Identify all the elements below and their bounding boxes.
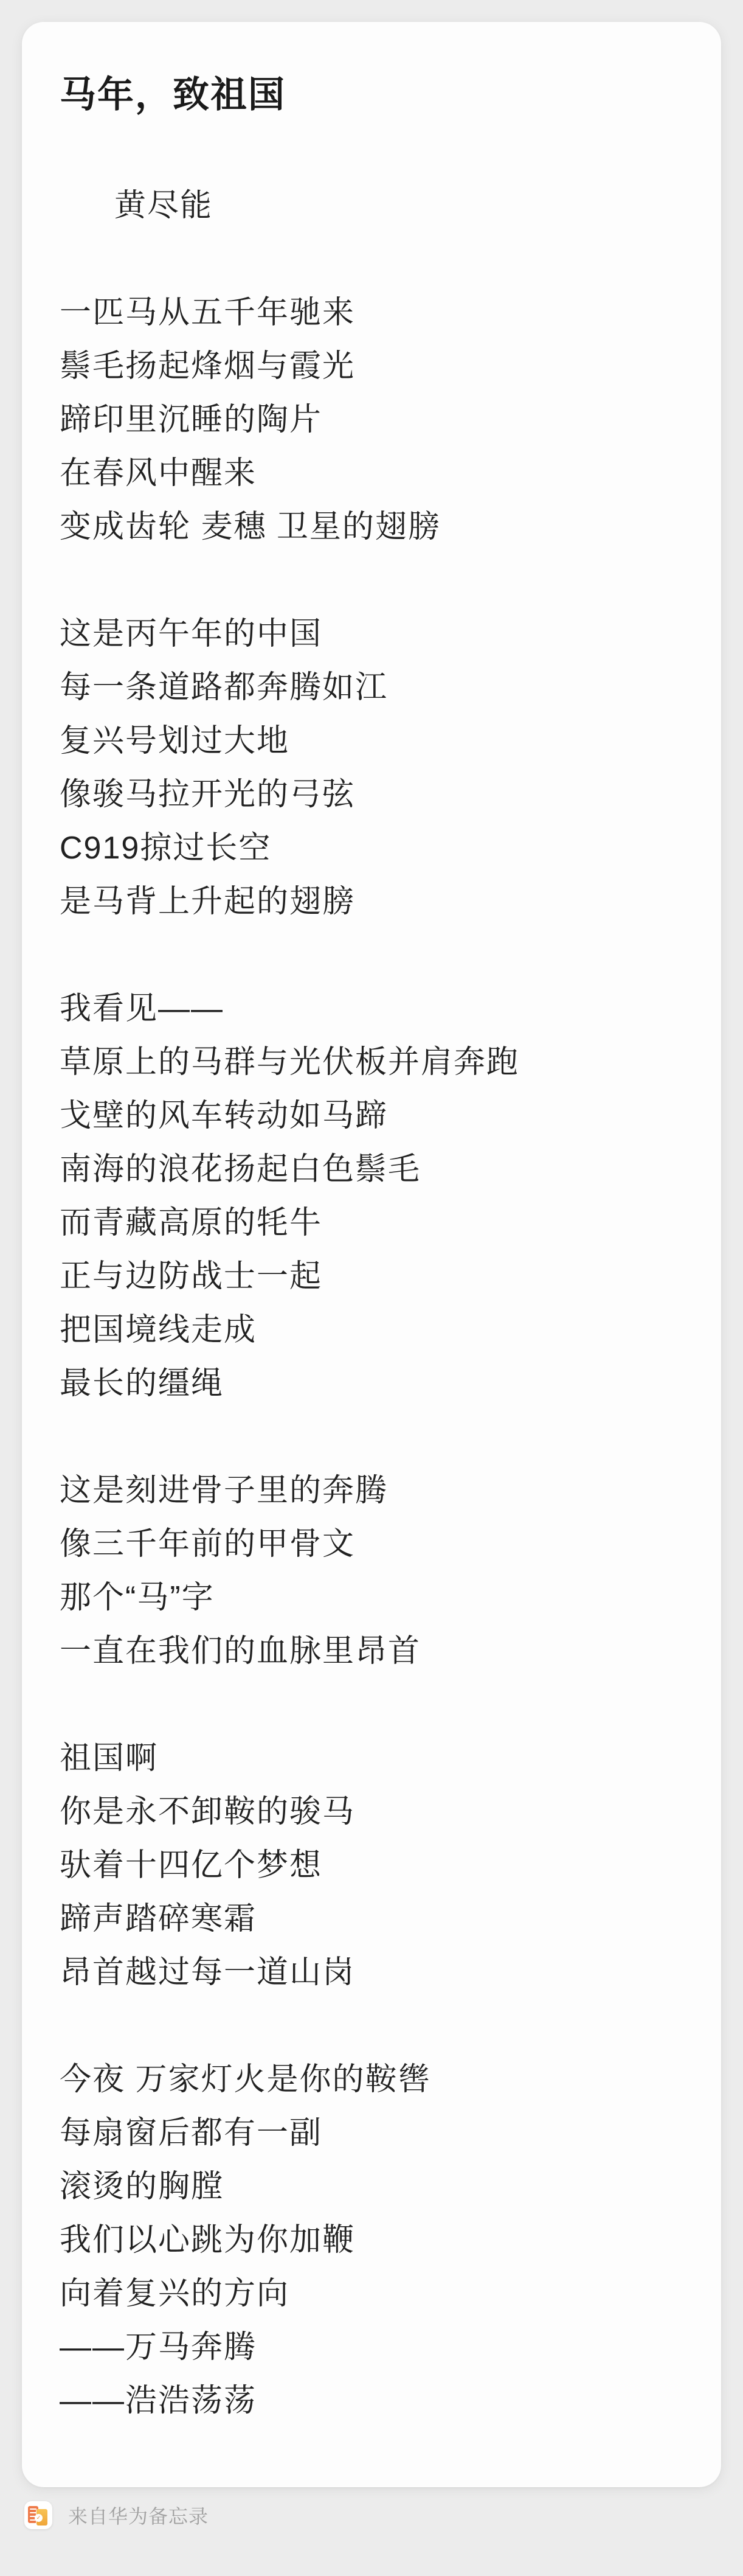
poem-line: 你是永不卸鞍的骏马 — [60, 1785, 683, 1839]
poem-line: 滚烫的胸膛 — [60, 2160, 683, 2213]
poem-line: 这是丙午年的中国 — [60, 607, 683, 661]
poem-line: 我看见—— — [60, 982, 683, 1036]
poem-line: 每扇窗后都有一副 — [60, 2106, 683, 2160]
poem-line: 南海的浪花扬起白色鬃毛 — [60, 1143, 683, 1196]
stanza: 今夜 万家灯火是你的鞍辔每扇窗后都有一副滚烫的胸膛我们以心跳为你加鞭向着复兴的方… — [60, 2053, 683, 2428]
icon-check-badge: ✓ — [35, 2514, 43, 2522]
poem-line: 把国境线走成 — [60, 1303, 683, 1357]
poem-line: 而青藏高原的牦牛 — [60, 1196, 683, 1250]
poem-line: 变成齿轮 麦穗 卫星的翅膀 — [60, 500, 683, 554]
poem-line: 在春风中醒来 — [60, 447, 683, 500]
poem-line: 蹄印里沉睡的陶片 — [60, 393, 683, 447]
poem-line: 昂首越过每一道山岗 — [60, 1946, 683, 1999]
notes-app-icon: ✓ — [24, 2501, 52, 2529]
note-card: 马年，致祖国 黄尽能 一匹马从五千年驰来鬃毛扬起烽烟与霞光蹄印里沉睡的陶片在春风… — [22, 22, 721, 2487]
poem-line: C919掠过长空 — [60, 821, 683, 875]
poem-line: 今夜 万家灯火是你的鞍辔 — [60, 2053, 683, 2106]
page-background: { "page": { "background": "#ececec" }, "… — [0, 0, 743, 2576]
poem-line: 祖国啊 — [60, 1732, 683, 1785]
poem-line: 鬃毛扬起烽烟与霞光 — [60, 339, 683, 393]
poem-line: 一匹马从五千年驰来 — [60, 286, 683, 339]
stanza: 我看见——草原上的马群与光伏板并肩奔跑戈壁的风车转动如马蹄南海的浪花扬起白色鬃毛… — [60, 982, 683, 1410]
poem-line: 这是刻进骨子里的奔腾 — [60, 1464, 683, 1517]
poem-line: 正与边防战士一起 — [60, 1250, 683, 1303]
poem-line: 一直在我们的血脉里昂首 — [60, 1624, 683, 1678]
poem-line: 像骏马拉开光的弓弦 — [60, 768, 683, 821]
note-author: 黄尽能 — [114, 179, 683, 232]
poem-line: 草原上的马群与光伏板并肩奔跑 — [60, 1036, 683, 1089]
poem-line: ——万马奔腾 — [60, 2320, 683, 2374]
stanza: 这是刻进骨子里的奔腾像三千年前的甲骨文那个“马”字一直在我们的血脉里昂首 — [60, 1464, 683, 1678]
poem-line: 每一条道路都奔腾如江 — [60, 661, 683, 714]
poem-line: 复兴号划过大地 — [60, 714, 683, 768]
stanza: 这是丙午年的中国每一条道路都奔腾如江复兴号划过大地像骏马拉开光的弓弦C919掠过… — [60, 607, 683, 928]
footer: ✓ 来自华为备忘录 — [24, 2501, 209, 2530]
poem-line: 像三千年前的甲骨文 — [60, 1517, 683, 1571]
poem: 一匹马从五千年驰来鬃毛扬起烽烟与霞光蹄印里沉睡的陶片在春风中醒来变成齿轮 麦穗 … — [60, 286, 683, 2428]
poem-line: 那个“马”字 — [60, 1571, 683, 1624]
stanza: 一匹马从五千年驰来鬃毛扬起烽烟与霞光蹄印里沉睡的陶片在春风中醒来变成齿轮 麦穗 … — [60, 286, 683, 554]
poem-line: 我们以心跳为你加鞭 — [60, 2213, 683, 2267]
poem-line: ——浩浩荡荡 — [60, 2374, 683, 2428]
poem-line: 驮着十四亿个梦想 — [60, 1839, 683, 1892]
poem-line: 最长的缰绳 — [60, 1357, 683, 1410]
poem-line: 向着复兴的方向 — [60, 2267, 683, 2320]
poem-line: 是马背上升起的翅膀 — [60, 875, 683, 928]
stanza: 祖国啊你是永不卸鞍的骏马驮着十四亿个梦想蹄声踏碎寒霜昂首越过每一道山岗 — [60, 1732, 683, 1999]
poem-line: 戈壁的风车转动如马蹄 — [60, 1089, 683, 1143]
note-title: 马年，致祖国 — [60, 68, 683, 122]
poem-line: 蹄声踏碎寒霜 — [60, 1892, 683, 1946]
footer-source-label: 来自华为备忘录 — [68, 2501, 209, 2529]
